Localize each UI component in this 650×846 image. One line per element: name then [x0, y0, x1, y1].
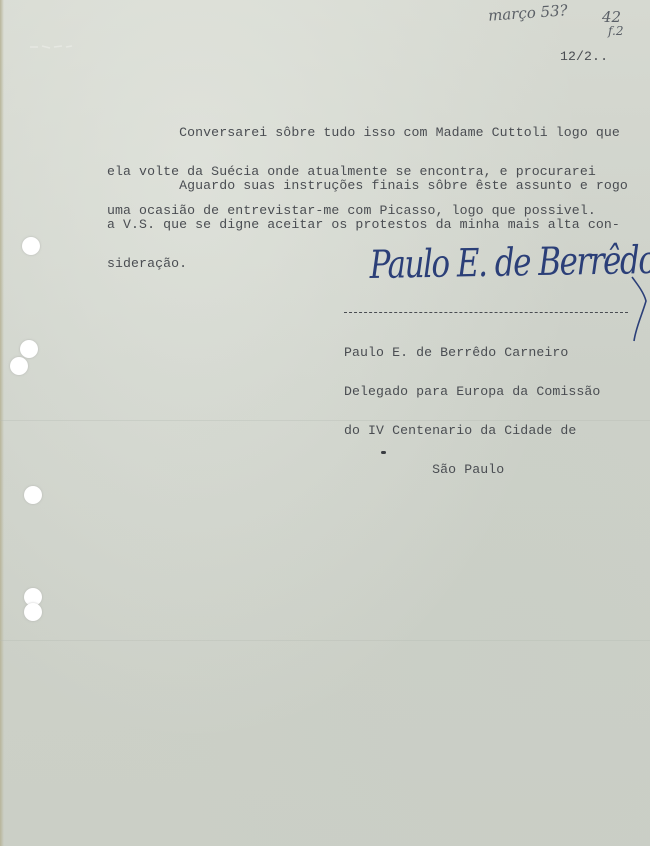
signatory-title: São Paulo	[344, 463, 600, 476]
ink-smudge	[381, 451, 386, 454]
handwritten-folio-sub: f.2	[608, 24, 623, 38]
punch-hole-icon	[24, 486, 42, 504]
handwritten-signature: Paulo E. de Berrêdo Carneiro	[369, 236, 650, 288]
signatory-name: Paulo E. de Berrêdo Carneiro	[344, 346, 600, 359]
punch-hole-icon	[22, 237, 40, 255]
punch-hole-icon	[20, 340, 38, 358]
pencil-mark-icon	[28, 44, 74, 50]
text-line: a V.S. que se digne aceitar os protestos…	[107, 218, 628, 231]
punch-hole-icon	[24, 603, 42, 621]
paper-crease	[0, 640, 650, 641]
signature-flourish-icon	[628, 275, 650, 345]
signatory-title: do IV Centenario da Cidade de	[344, 424, 600, 437]
signatory-title: Delegado para Europa da Comissão	[344, 385, 600, 398]
text-line: Conversarei sôbre tudo isso com Madame C…	[107, 126, 620, 139]
page-marker: 12/2..	[560, 50, 608, 63]
page-edge	[0, 0, 4, 846]
text-line: Aguardo suas instruções finais sôbre êst…	[107, 179, 628, 192]
signature-block: Paulo E. de Berrêdo Carneiro Delegado pa…	[344, 320, 600, 489]
signature-line	[344, 312, 628, 313]
punch-hole-icon	[10, 357, 28, 375]
